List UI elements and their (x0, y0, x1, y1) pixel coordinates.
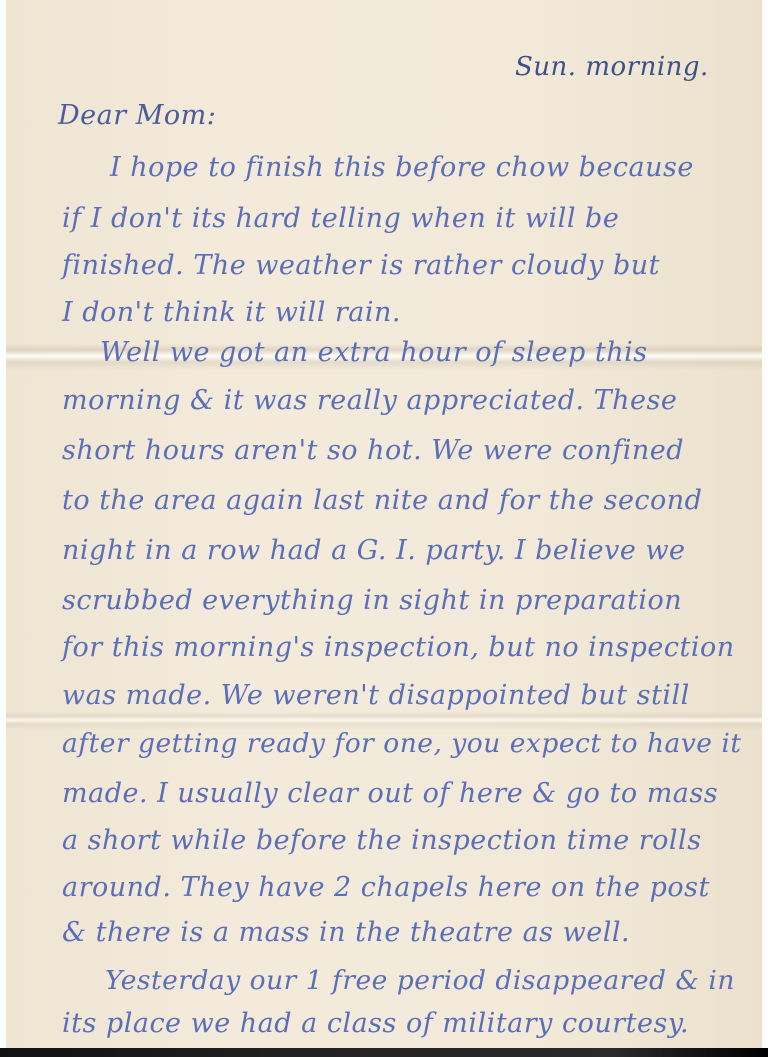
scan-shadow (0, 1048, 768, 1057)
letter-line: a short while before the inspection time… (62, 825, 702, 856)
letter-line: I hope to finish this before chow becaus… (110, 152, 694, 183)
letter-line: Yesterday our 1 free period disappeared … (105, 965, 735, 996)
letter-line: around. They have 2 chapels here on the … (62, 872, 710, 903)
letter-line: was made. We weren't disappointed but st… (62, 680, 690, 711)
letter-line: to the area again last nite and for the … (62, 485, 702, 516)
letter-salutation: Dear Mom: (58, 100, 216, 131)
letter-line: if I don't its hard telling when it will… (62, 203, 619, 234)
letter-line: made. I usually clear out of here & go t… (62, 778, 718, 809)
letter-line: its place we had a class of military cou… (62, 1008, 689, 1039)
letter-line: night in a row had a G. I. party. I beli… (62, 535, 686, 566)
letter-date: Sun. morning. (515, 52, 709, 82)
letter-line: finished. The weather is rather cloudy b… (62, 250, 660, 281)
letter-line: after getting ready for one, you expect … (62, 728, 742, 759)
letter-line: for this morning's inspection, but no in… (62, 632, 735, 663)
letter-line: scrubbed everything in sight in preparat… (62, 585, 682, 616)
letter-line: I don't think it will rain. (62, 297, 401, 328)
letter-line: Well we got an extra hour of sleep this (100, 337, 648, 368)
letter-line: short hours aren't so hot. We were confi… (62, 435, 684, 466)
letter-line: & there is a mass in the theatre as well… (62, 917, 630, 948)
letter-line: morning & it was really appreciated. The… (62, 385, 677, 416)
